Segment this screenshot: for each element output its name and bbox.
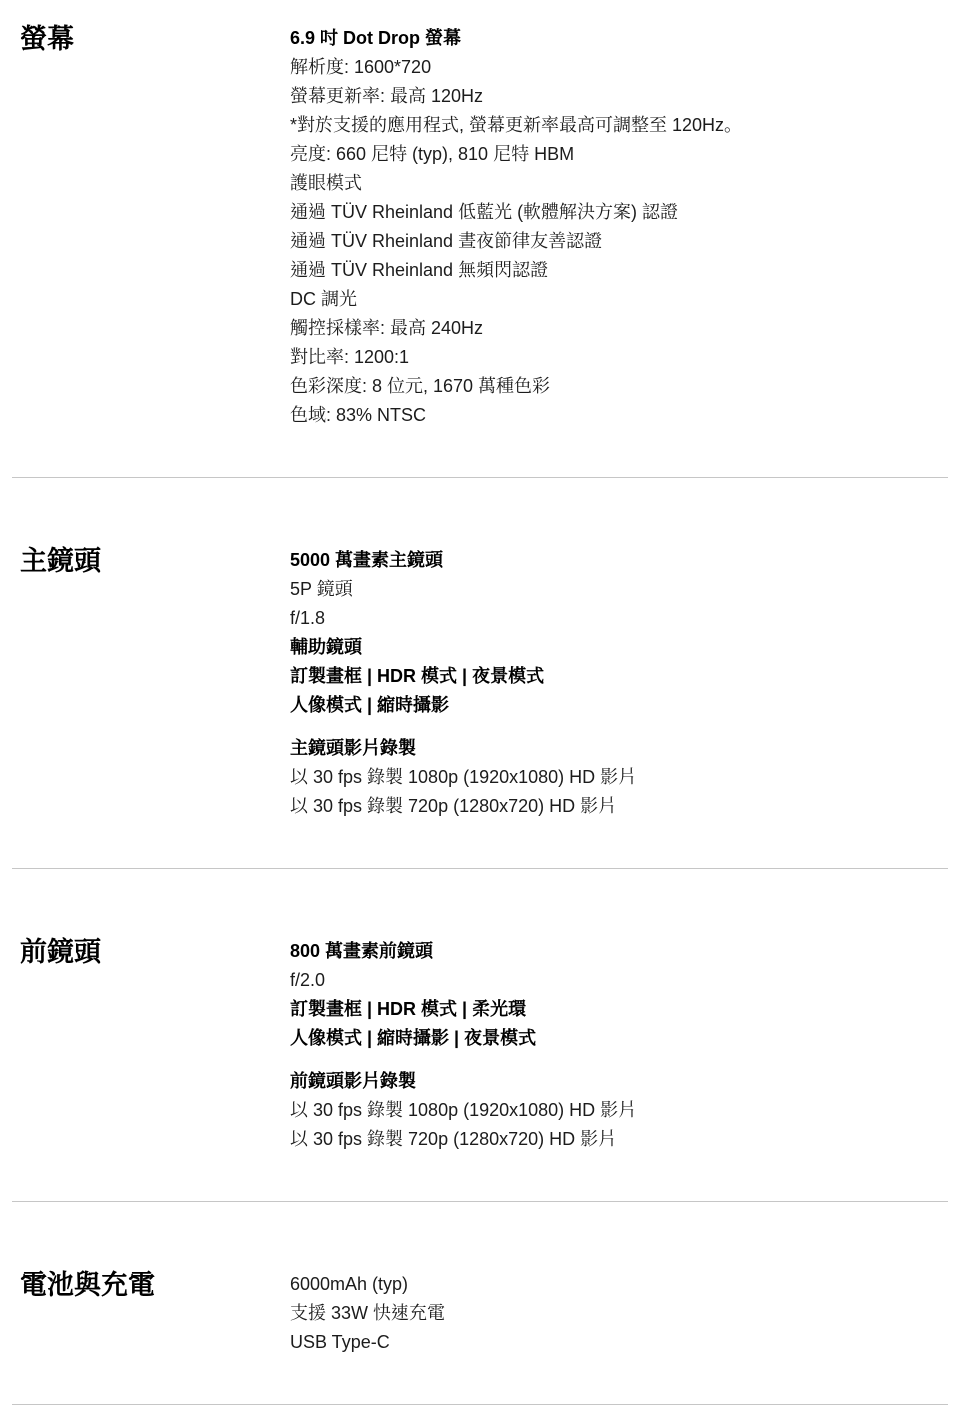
spec-line: 通過 TÜV Rheinland 晝夜節律友善認證 [290,227,936,256]
spec-group: 5000 萬畫素主鏡頭5P 鏡頭f/1.8輔助鏡頭訂製畫框 | HDR 模式 |… [290,546,936,720]
spec-line: 以 30 fps 錄製 720p (1280x720) HD 影片 [290,1125,936,1154]
spec-page: { "theme": { "background": "#ffffff", "t… [0,0,960,1419]
spec-line: 通過 TÜV Rheinland 低藍光 (軟體解決方案) 認證 [290,198,936,227]
spec-line: 5P 鏡頭 [290,575,936,604]
spec-line: 5000 萬畫素主鏡頭 [290,546,936,575]
spec-line: 800 萬畫素前鏡頭 [290,937,936,966]
spec-line: 主鏡頭影片錄製 [290,734,936,763]
section-label-column: 螢幕 [0,24,290,54]
section-title: 前鏡頭 [20,937,290,967]
section-title: 主鏡頭 [20,546,290,576]
spec-line: 輔助鏡頭 [290,633,936,662]
spec-section-screen: 螢幕 6.9 吋 Dot Drop 螢幕解析度: 1600*720螢幕更新率: … [0,0,960,430]
spec-line: 螢幕更新率: 最高 120Hz [290,82,936,111]
spec-line: 人像模式 | 縮時攝影 | 夜景模式 [290,1024,936,1053]
spec-line: 6000mAh (typ) [290,1270,936,1299]
spec-line: 以 30 fps 錄製 1080p (1920x1080) HD 影片 [290,1096,936,1125]
spec-line: 色域: 83% NTSC [290,401,936,430]
spec-line: f/1.8 [290,604,936,633]
spec-group: 6.9 吋 Dot Drop 螢幕解析度: 1600*720螢幕更新率: 最高 … [290,24,936,430]
spec-line: 護眼模式 [290,169,936,198]
spec-line: 以 30 fps 錄製 1080p (1920x1080) HD 影片 [290,763,936,792]
spec-section-front-camera: 前鏡頭 800 萬畫素前鏡頭f/2.0訂製畫框 | HDR 模式 | 柔光環人像… [0,869,960,1154]
spec-line: 支援 33W 快速充電 [290,1299,936,1328]
spec-group: 主鏡頭影片錄製以 30 fps 錄製 1080p (1920x1080) HD … [290,734,936,821]
spec-group: 6000mAh (typ)支援 33W 快速充電USB Type-C [290,1270,936,1357]
section-title: 螢幕 [20,24,290,54]
section-label-column: 主鏡頭 [0,546,290,576]
spec-line: 前鏡頭影片錄製 [290,1067,936,1096]
section-content: 6000mAh (typ)支援 33W 快速充電USB Type-C [290,1270,960,1357]
spec-line: 通過 TÜV Rheinland 無頻閃認證 [290,256,936,285]
spec-line: DC 調光 [290,285,936,314]
spec-section-main-camera: 主鏡頭 5000 萬畫素主鏡頭5P 鏡頭f/1.8輔助鏡頭訂製畫框 | HDR … [0,478,960,821]
spec-line: 訂製畫框 | HDR 模式 | 柔光環 [290,995,936,1024]
spec-line: 亮度: 660 尼特 (typ), 810 尼特 HBM [290,140,936,169]
section-label-column: 電池與充電 [0,1270,290,1300]
spec-line: *對於支援的應用程式, 螢幕更新率最高可調整至 120Hz。 [290,111,936,140]
spec-line: 對比率: 1200:1 [290,343,936,372]
spec-line: 解析度: 1600*720 [290,53,936,82]
spec-line: 觸控採樣率: 最高 240Hz [290,314,936,343]
spec-group: 800 萬畫素前鏡頭f/2.0訂製畫框 | HDR 模式 | 柔光環人像模式 |… [290,937,936,1053]
spec-line: 人像模式 | 縮時攝影 [290,691,936,720]
spec-line: USB Type-C [290,1328,936,1357]
spec-line: f/2.0 [290,966,936,995]
section-content: 800 萬畫素前鏡頭f/2.0訂製畫框 | HDR 模式 | 柔光環人像模式 |… [290,937,960,1154]
spec-line: 6.9 吋 Dot Drop 螢幕 [290,24,936,53]
section-content: 6.9 吋 Dot Drop 螢幕解析度: 1600*720螢幕更新率: 最高 … [290,24,960,430]
section-label-column: 前鏡頭 [0,937,290,967]
spec-sheet: 螢幕 6.9 吋 Dot Drop 螢幕解析度: 1600*720螢幕更新率: … [0,0,960,1405]
section-title: 電池與充電 [20,1270,290,1300]
spec-line: 色彩深度: 8 位元, 1670 萬種色彩 [290,372,936,401]
spec-section-battery: 電池與充電 6000mAh (typ)支援 33W 快速充電USB Type-C [0,1202,960,1357]
section-content: 5000 萬畫素主鏡頭5P 鏡頭f/1.8輔助鏡頭訂製畫框 | HDR 模式 |… [290,546,960,821]
section-divider [12,1404,948,1405]
spec-line: 以 30 fps 錄製 720p (1280x720) HD 影片 [290,792,936,821]
spec-group: 前鏡頭影片錄製以 30 fps 錄製 1080p (1920x1080) HD … [290,1067,936,1154]
spec-line: 訂製畫框 | HDR 模式 | 夜景模式 [290,662,936,691]
